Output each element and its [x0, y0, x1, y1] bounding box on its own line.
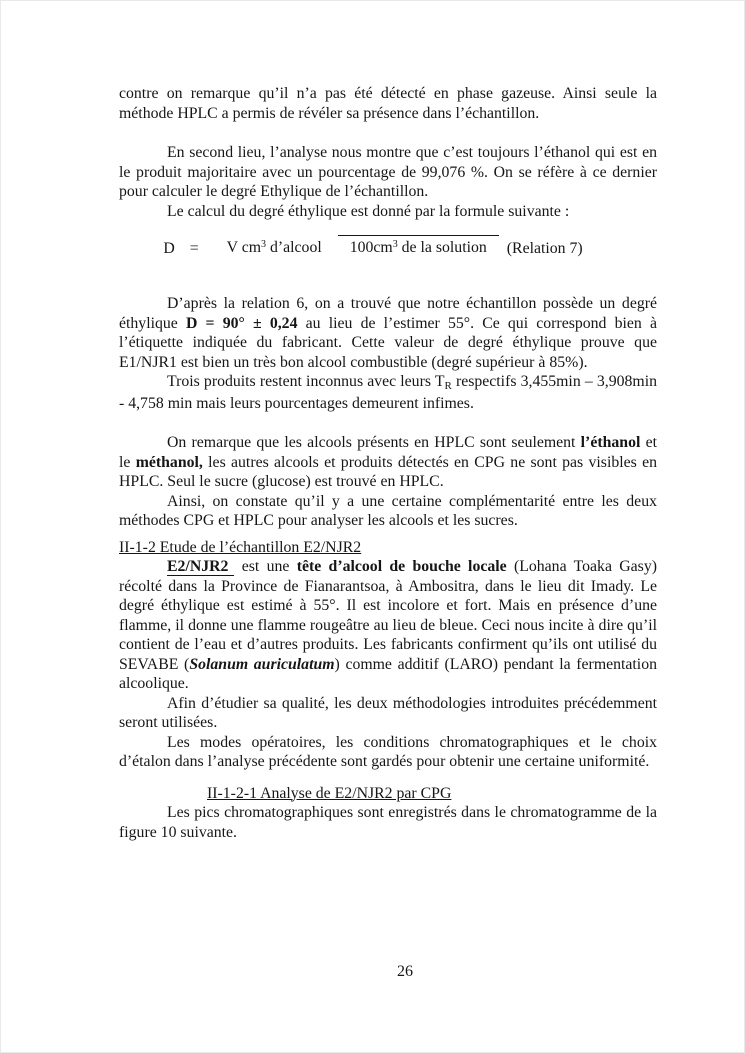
paragraph: Afin d’étudier sa qualité, les deux méth… [119, 694, 657, 733]
ethylic-degree-formula: D = V cm3 d’alcool 100cm3 de la solution… [119, 237, 627, 260]
paragraph: Les modes opératoires, les conditions ch… [119, 733, 657, 772]
text-block: contre on remarque qu’il n’a pas été dét… [119, 84, 657, 842]
paragraph-text: Trois produits restent inconnus avec leu… [167, 373, 444, 390]
numerator-unit-text: d’alcool [266, 239, 322, 256]
page-number: 26 [136, 963, 674, 981]
denominator-unit-text: de la solution [398, 239, 487, 256]
ethanol-bold: l’éthanol [581, 434, 641, 451]
formula-lhs: D [163, 238, 174, 259]
numerator-text: V cm [227, 239, 261, 256]
relation-label: (Relation 7) [507, 238, 583, 259]
section-heading: II-1-2 Etude de l’échantillon E2/NJR2 [119, 538, 657, 558]
degree-value-bold: D = 90° ± 0,24 [186, 315, 298, 332]
retention-time-subscript: R [444, 380, 451, 392]
formula-equals-sign: = [190, 238, 199, 259]
paragraph: Trois produits restent inconnus avec leu… [119, 372, 657, 413]
denominator-text: 100cm [350, 239, 393, 256]
formula-numerator: V cm3 d’alcool [215, 239, 334, 259]
formula-fraction: V cm3 d’alcool 100cm3 de la solution [215, 237, 499, 260]
paragraph: Ainsi, on constate qu’il y a une certain… [119, 492, 657, 531]
paragraph: Les pics chromatographiques sont enregis… [119, 803, 657, 842]
sample-code-bold-underline: E2/NJR2 [167, 558, 234, 576]
formula-denominator: 100cm3 de la solution [338, 235, 499, 256]
paragraph: D’après la relation 6, on a trouvé que n… [119, 294, 657, 372]
methanol-bold: méthanol, [136, 454, 203, 471]
denominator-exponent: 3 [393, 239, 398, 250]
numerator-exponent: 3 [261, 239, 266, 250]
section-heading-text: II-1-2 Etude de l’échantillon E2/NJR2 [119, 539, 361, 556]
paragraph-text: est une [234, 558, 296, 575]
paragraph: Le calcul du degré éthylique est donné p… [119, 202, 657, 222]
paragraph: contre on remarque qu’il n’a pas été dét… [119, 84, 657, 123]
paragraph: En second lieu, l’analyse nous montre qu… [119, 143, 657, 202]
subsection-heading-text: II-1-2-1 Analyse de E2/NJR2 par CPG [207, 785, 451, 802]
alcohol-type-bold: tête d’alcool de bouche locale [297, 558, 507, 575]
paragraph-text: On remarque que les alcools présents en … [167, 434, 581, 451]
subsection-heading: II-1-2-1 Analyse de E2/NJR2 par CPG [119, 784, 657, 804]
paragraph: On remarque que les alcools présents en … [119, 433, 657, 492]
document-page: contre on remarque qu’il n’a pas été dét… [0, 0, 745, 1053]
paragraph: E2/NJR2 est une tête d’alcool de bouche … [119, 557, 657, 694]
species-name-italic: Solanum auriculatum [189, 656, 334, 673]
